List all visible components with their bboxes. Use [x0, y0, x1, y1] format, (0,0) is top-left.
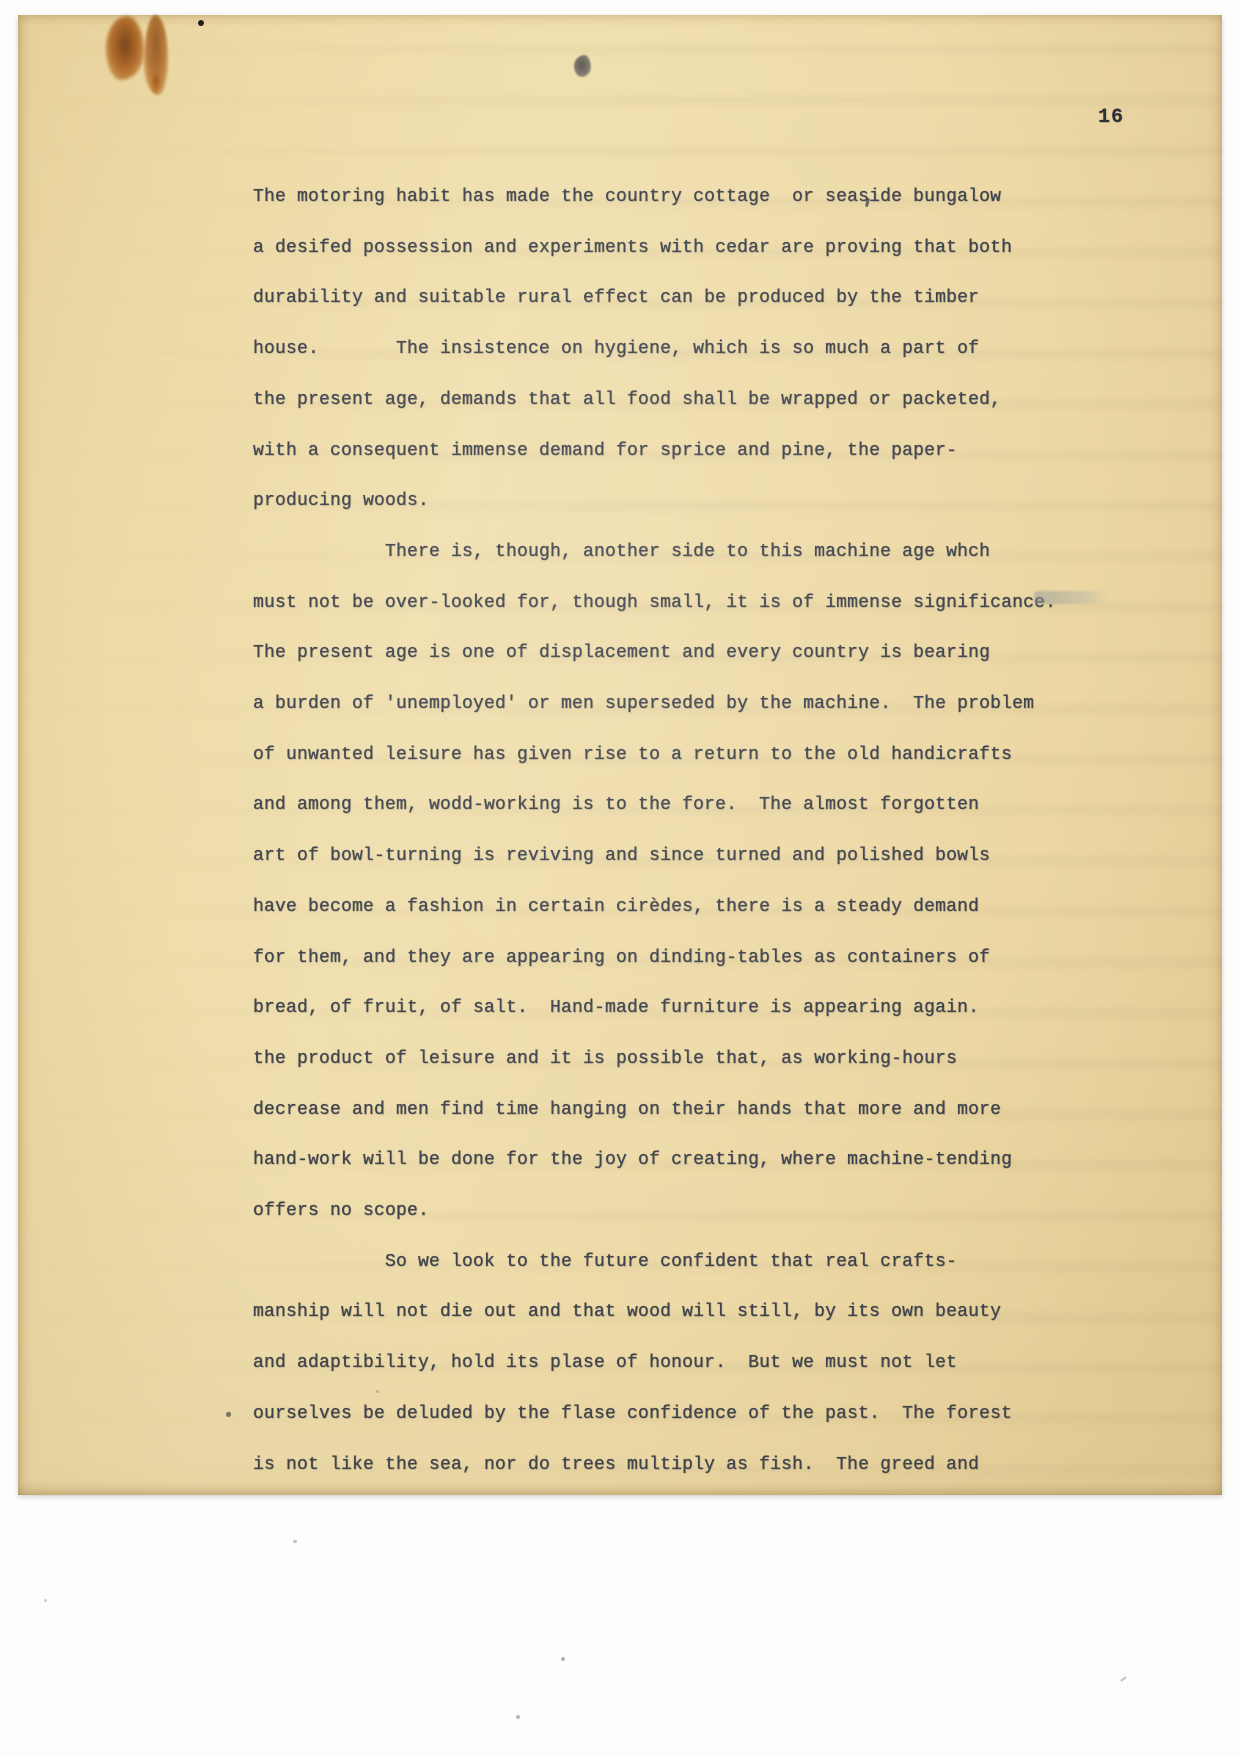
text-line: with a consequent immense demand for spr… [253, 426, 1183, 477]
text-line: house. The insistence on hygiene, which … [253, 324, 1183, 375]
rust-stain-drip [151, 73, 161, 93]
text-line: producing woods. [253, 476, 1183, 527]
text-line: The motoring habit has made the country … [253, 172, 1183, 223]
text-line: a burden of 'unemployed' or men supersed… [253, 679, 1183, 730]
scan-speck [561, 1657, 565, 1661]
text-line: is not like the sea, nor do trees multip… [253, 1440, 1183, 1491]
text-line: of unwanted leisure has given rise to a … [253, 730, 1183, 781]
margin-speck [226, 1412, 231, 1417]
text-line: art of bowl-turning is reviving and sinc… [253, 831, 1183, 882]
text-line: have become a fashion in certain cirèdes… [253, 882, 1183, 933]
ink-dot [198, 20, 204, 26]
scan-speck [293, 1540, 297, 1543]
paper-page: 16 The motoring habit has made the count… [18, 15, 1222, 1495]
gray-smudge [574, 55, 591, 77]
scan-background: 16 The motoring habit has made the count… [0, 0, 1240, 1755]
text-line: a desifed possession and experiments wit… [253, 223, 1183, 274]
text-line: the present age, demands that all food s… [253, 375, 1183, 426]
scan-speck [516, 1715, 520, 1719]
text-line: and among them, wodd-working is to the f… [253, 780, 1183, 831]
typewritten-text: The motoring habit has made the country … [253, 172, 1183, 1490]
text-line: offers no scope. [253, 1186, 1183, 1237]
ink-streak [1034, 591, 1110, 604]
text-line: manship will not die out and that wood w… [253, 1287, 1183, 1338]
text-line: for them, and they are appearing on dind… [253, 933, 1183, 984]
text-line: bread, of fruit, of salt. Hand-made furn… [253, 983, 1183, 1034]
scan-speck [44, 1599, 47, 1602]
rust-stain-lobe [144, 15, 168, 95]
text-line: There is, though, another side to this m… [253, 527, 1183, 578]
scan-speck [1120, 1676, 1127, 1682]
rust-stain [106, 16, 144, 80]
page-number: 16 [1098, 106, 1124, 129]
text-line: ourselves be deluded by the flase confid… [253, 1389, 1183, 1440]
text-line: durability and suitable rural effect can… [253, 273, 1183, 324]
text-line: The present age is one of displacement a… [253, 628, 1183, 679]
text-line: hand-work will be done for the joy of cr… [253, 1135, 1183, 1186]
text-line: decrease and men find time hanging on th… [253, 1085, 1183, 1136]
text-line: and adaptibility, hold its plase of hono… [253, 1338, 1183, 1389]
text-line: the product of leisure and it is possibl… [253, 1034, 1183, 1085]
text-line: So we look to the future confident that … [253, 1237, 1183, 1288]
